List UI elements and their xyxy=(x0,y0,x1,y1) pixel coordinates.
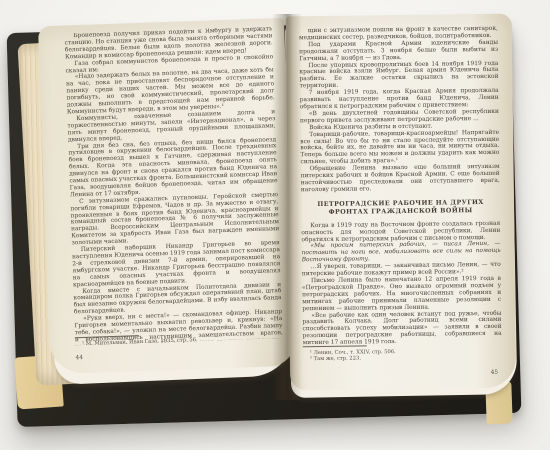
right-page-footnote-block: ¹ Ленин, Соч., т. XXIV, стр. 506. ² Там … xyxy=(303,343,500,362)
paragraph: Три дня без сна, без отдыха, без пищи би… xyxy=(68,137,278,199)
paragraph: 7 ноября 1919 года, когда Красная Армия … xyxy=(300,88,499,111)
paragraph: «Все рабочие как один человек встанут по… xyxy=(302,310,501,344)
paragraph: После упорных кровопролитных боев 14 ноя… xyxy=(299,60,498,90)
paragraph: «Надо задержать белых на полотне, на два… xyxy=(66,68,275,117)
paragraph: С энтузиазмом сражались путиловцы. Герой… xyxy=(70,192,280,248)
gutter-shadow xyxy=(272,14,302,400)
right-page-text-bottom: Когда в 1919 году на Восточном фронте со… xyxy=(301,221,501,345)
right-page-text-top: щин с энтузиазмом пошли на фронт в качес… xyxy=(299,26,500,194)
paragraph: Под ударами Красной Армии юденичские бан… xyxy=(299,40,498,63)
paragraph: Обращение Ленина вызвало еще больший энт… xyxy=(301,164,500,194)
paragraph: «Мы просим питерских рабочих, — писал Ле… xyxy=(302,241,501,264)
paragraph: Питерский наборщик Никандр Григорьев во … xyxy=(72,240,281,289)
footnote: ² Там же, стр. 223. xyxy=(303,354,500,363)
paragraph: Письмо Ленина было напечатано 12 апреля … xyxy=(302,276,501,313)
footnote-separator xyxy=(303,345,367,347)
page-number-right: 45 xyxy=(491,370,498,376)
left-page: Бронепоезд получил приказ подойти к Ямбу… xyxy=(38,18,296,374)
paragraph: «В день двухлетней годовщины Советской р… xyxy=(300,109,499,125)
left-page-text: Бронепоезд получил приказ подойти к Ямбу… xyxy=(64,26,283,345)
page-number-left: 44 xyxy=(76,355,84,361)
section-heading: ПЕТРОГРАДСКИЕ РАБОЧИЕ НА ДРУГИХ ФРОНТАХ … xyxy=(311,199,490,217)
right-page-text: щин с энтузиазмом пошли на фронт в качес… xyxy=(299,26,502,344)
paragraph: Товарищи-рабочие, товарищи-красноармейцы… xyxy=(300,129,499,166)
right-page: щин с энтузиазмом пошли на фронт в качес… xyxy=(286,14,517,391)
book-photo: Бронепоезд получил приказ подойти к Ямбу… xyxy=(0,0,550,450)
